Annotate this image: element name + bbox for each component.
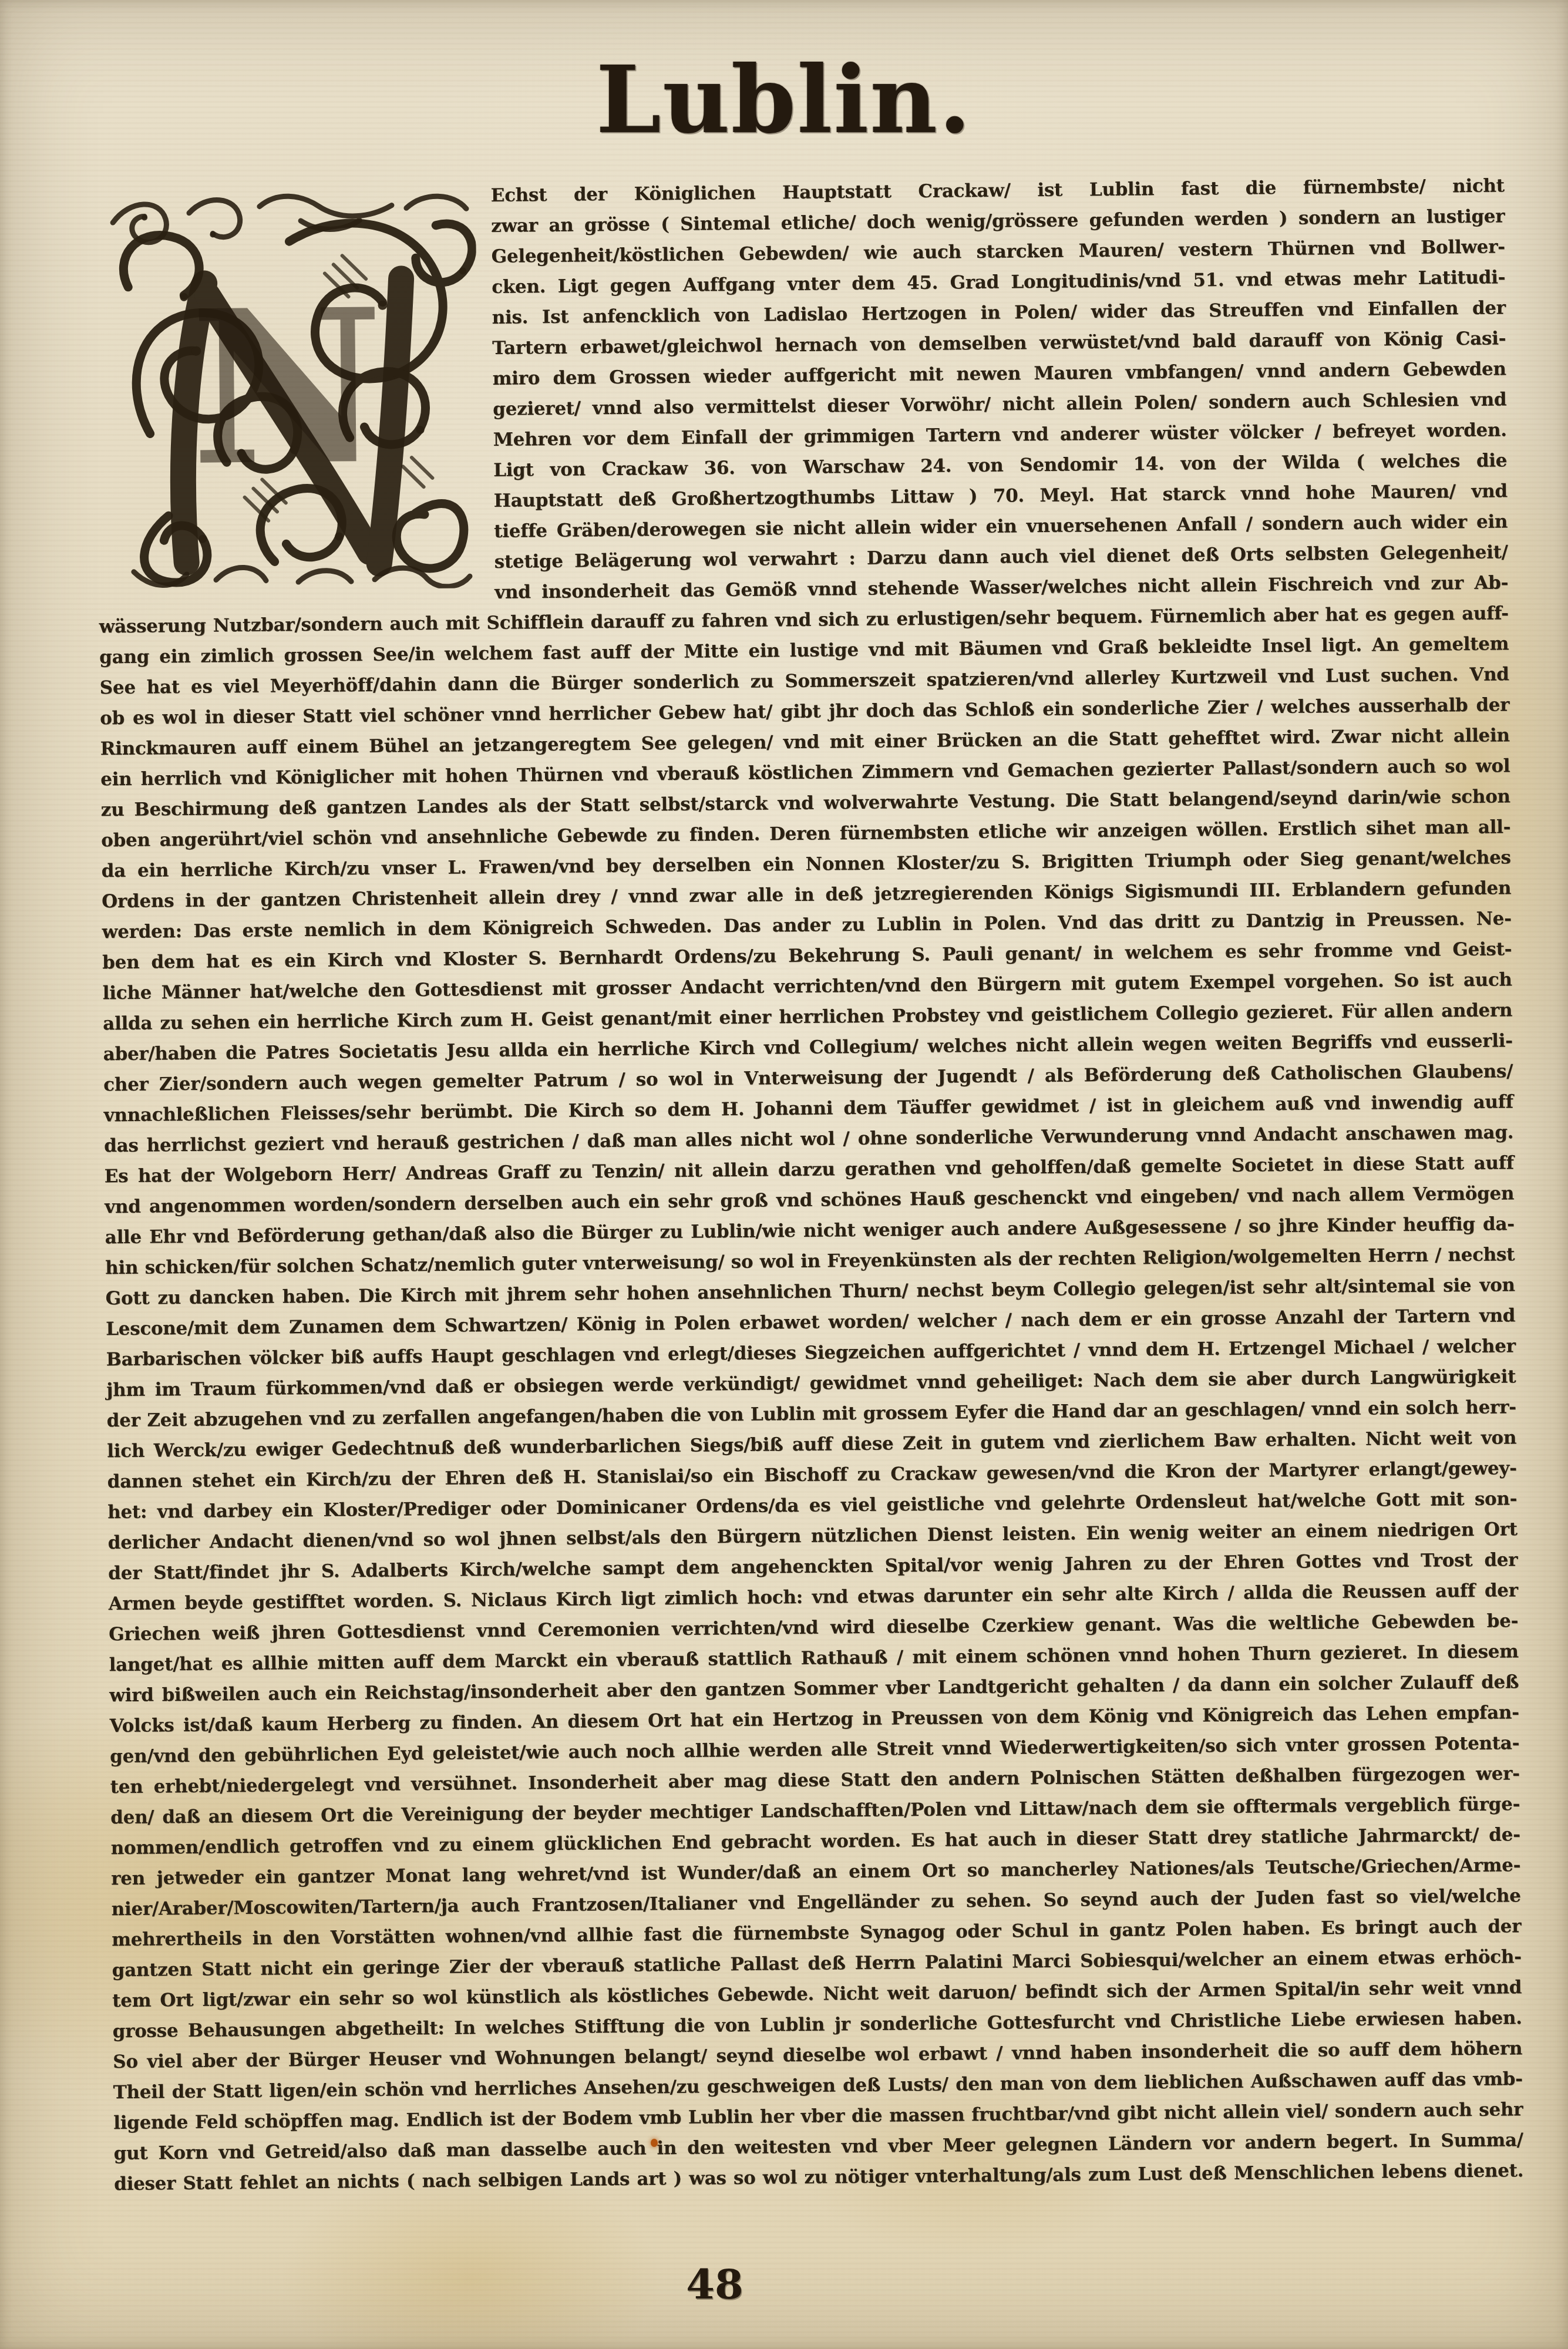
page-number: 48: [0, 2260, 1499, 2308]
text-block: N Echst der Königlichen Hauptstatt Crack…: [95, 170, 1524, 2199]
drop-cap-letter: N: [189, 263, 385, 513]
book-page: Lublin.: [0, 0, 1568, 2349]
woodcut-initial-ornament: N: [95, 184, 480, 591]
drop-cap-initial: N: [95, 184, 480, 591]
ink-speck: [651, 2139, 658, 2147]
page-title: Lublin.: [0, 0, 1568, 154]
